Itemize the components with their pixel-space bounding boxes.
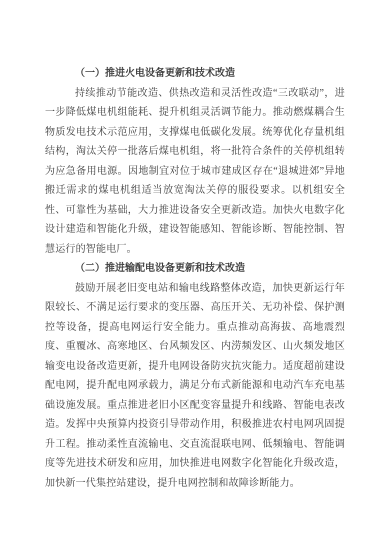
- section-heading: （一）推进火电设备更新和技术改造: [45, 64, 345, 84]
- section-transmission-distribution: （二）推进输配电设备更新和技术改造 鼓励开展老旧变电站和输电线路整体改造，加快更…: [45, 259, 345, 493]
- document-page: （一）推进火电设备更新和技术改造 持续推动节能改造、供热改造和灵活性改造“三改联…: [0, 0, 390, 551]
- section-paragraph: 鼓励开展老旧变电站和输电线路整体改造，加快更新运行年限较长、不满足运行要求的变压…: [45, 279, 345, 494]
- section-heading: （二）推进输配电设备更新和技术改造: [45, 259, 345, 279]
- document-content: （一）推进火电设备更新和技术改造 持续推动节能改造、供热改造和灵活性改造“三改联…: [0, 0, 390, 493]
- section-paragraph: 持续推动节能改造、供热改造和灵活性改造“三改联动”，进一步降低煤电机组能耗、提升…: [45, 84, 345, 260]
- section-fire-power: （一）推进火电设备更新和技术改造 持续推动节能改造、供热改造和灵活性改造“三改联…: [45, 64, 345, 259]
